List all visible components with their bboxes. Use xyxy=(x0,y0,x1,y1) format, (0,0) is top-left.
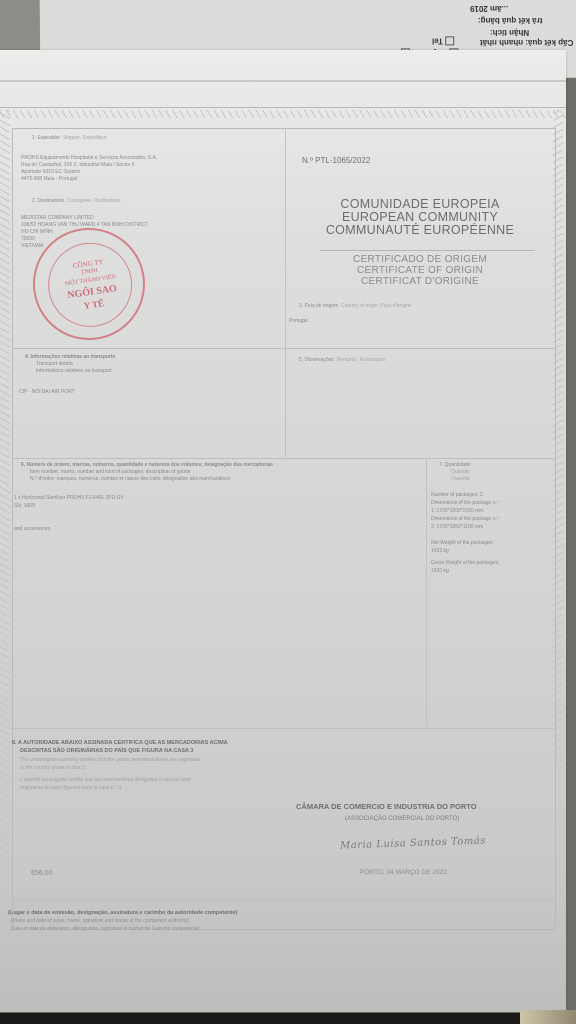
divider xyxy=(12,458,554,459)
quantity-line: 1620 kg xyxy=(431,568,449,574)
background-surface xyxy=(0,1013,576,1024)
transport-details: CIP - NOI BAI AIR PORT xyxy=(19,389,75,395)
quantity-line: Number of packages: 2 xyxy=(431,492,483,498)
box8-label-sub: in the country shown in box 3 xyxy=(20,765,85,771)
background-checkbox-label: Tel xyxy=(432,36,454,45)
footer-label-sub: (Lieu et date de délivrance, désignation… xyxy=(11,926,200,932)
divider xyxy=(12,348,554,349)
checkbox-icon xyxy=(445,36,454,45)
quantity-line: Dimensions of the package n.º xyxy=(431,516,499,522)
goods-line: and accessories xyxy=(14,526,50,532)
background-text-line: Nhận tích: xyxy=(490,28,529,37)
authority-subname: (ASSOCIAÇÃO COMERCIAL DO PORTO) xyxy=(345,816,459,824)
quantity-line: 2: 1700*1650*1100 mm xyxy=(431,524,483,530)
community-title: COMUNIDADE EUROPEIA EUROPEAN COMMUNITY C… xyxy=(290,198,550,237)
box3-label: 3. País de origem Country of origin, Pay… xyxy=(299,303,412,309)
box5-label: 5. Observações Remarks, Remarques xyxy=(299,357,385,363)
paper-fold xyxy=(0,107,566,108)
background-text-line: ...ăm 2019 xyxy=(470,4,508,13)
divider xyxy=(12,728,554,729)
box7-label-sub: Quantity xyxy=(451,469,470,475)
consignee-line: HO CHI MINH xyxy=(21,229,53,235)
box4-label-sub: Transport details xyxy=(36,361,73,367)
footer-label-sub: (Place and date of issue, name, signatur… xyxy=(11,918,189,924)
consignee-line: VIETNAM xyxy=(21,243,43,249)
country-of-origin: Portugal xyxy=(289,318,308,324)
fee-amount: €56,00 xyxy=(31,870,52,879)
footer-label: (Lugar e data de emissão, designação, as… xyxy=(8,910,237,917)
quantity-line: 1: 1700*1500*2150 mm xyxy=(431,508,484,514)
box7-label-sub: Quantité xyxy=(451,476,470,482)
box2-label: 2. Destinatário Consignee, Destinataire xyxy=(32,198,120,204)
divider xyxy=(285,348,286,458)
quantity-line: Dimensions of the package n.º xyxy=(431,500,499,506)
goods-line: 1 x Horizontal Sterilizer PROHS FJ-640L … xyxy=(14,495,124,501)
certificate-number: N.º PTL-1065/2022 xyxy=(302,156,370,166)
authority-name: CÂMARA DE COMERCIO E INDUSTRIA DO PORTO xyxy=(296,802,477,811)
divider xyxy=(12,900,554,901)
box6-label-sub: N.° d'ordre; marques, numéros, nombre et… xyxy=(30,476,230,482)
shipper-line: PROHS Equipamento Hospitalar e Serviços … xyxy=(21,155,157,161)
place-and-date: PORTO, 04 MARÇO DE 2022 xyxy=(360,869,447,877)
box8-label: DESCRITAS SÃO ORIGINÁRIAS DO PAÍS QUE FI… xyxy=(20,748,193,755)
consignee-line: 70000 xyxy=(21,236,35,242)
background-text-line: Cấp kết quả: nhanh nhất xyxy=(480,38,573,47)
box1-label: 1. Expedidor Shipper, Expéditeur xyxy=(32,135,107,141)
box6-label: 6. Número de ordem; marcas, números, qua… xyxy=(21,462,273,468)
shipper-line: 4476-908 Maia - Portugal xyxy=(21,176,77,182)
box4-label-sub: Informations relatives au transport xyxy=(36,368,112,374)
box8-label: 8. A AUTORIDADE ABAIXO ASSINADA CERTIFIC… xyxy=(12,740,228,747)
background-text-line: trả kết quả bằng: xyxy=(478,16,542,25)
box4-label: 4. Informações relativas ao transporte xyxy=(25,354,115,360)
title-divider xyxy=(320,250,535,251)
consignee-line: MEDISTAR COMPANY LIMITED xyxy=(21,215,94,221)
quantity-line: Net Weight of the packages: xyxy=(431,540,494,546)
box8-label-sub: originaires du pays figurant dans la cas… xyxy=(20,785,121,791)
box6-label-sub: Item number; marks, number and kind of p… xyxy=(30,469,190,475)
shipper-line: Apartado 6019 EC Outeiro xyxy=(21,169,80,175)
goods-line: SN: 1609 xyxy=(14,503,35,509)
divider xyxy=(426,458,427,728)
background-object xyxy=(520,1010,576,1024)
box7-label: 7. Quantidade xyxy=(439,462,470,468)
certificate-title: CERTIFICADO DE ORIGEM CERTIFICATE OF ORI… xyxy=(290,254,550,287)
shipper-line: Rua do Castanhal, 316 Z, Industrial Maia… xyxy=(21,162,135,168)
box8-label-sub: The undersigned authority certifies that… xyxy=(20,757,200,763)
quantity-line: 1423 kg xyxy=(431,548,449,554)
box8-label-sub: L'autorité soussignée certifie que les m… xyxy=(20,777,191,783)
security-border xyxy=(0,110,10,990)
quantity-line: Gross Weight of the packages: xyxy=(431,560,499,566)
security-border xyxy=(0,110,566,118)
paper-fold xyxy=(0,80,566,82)
divider xyxy=(285,128,286,348)
